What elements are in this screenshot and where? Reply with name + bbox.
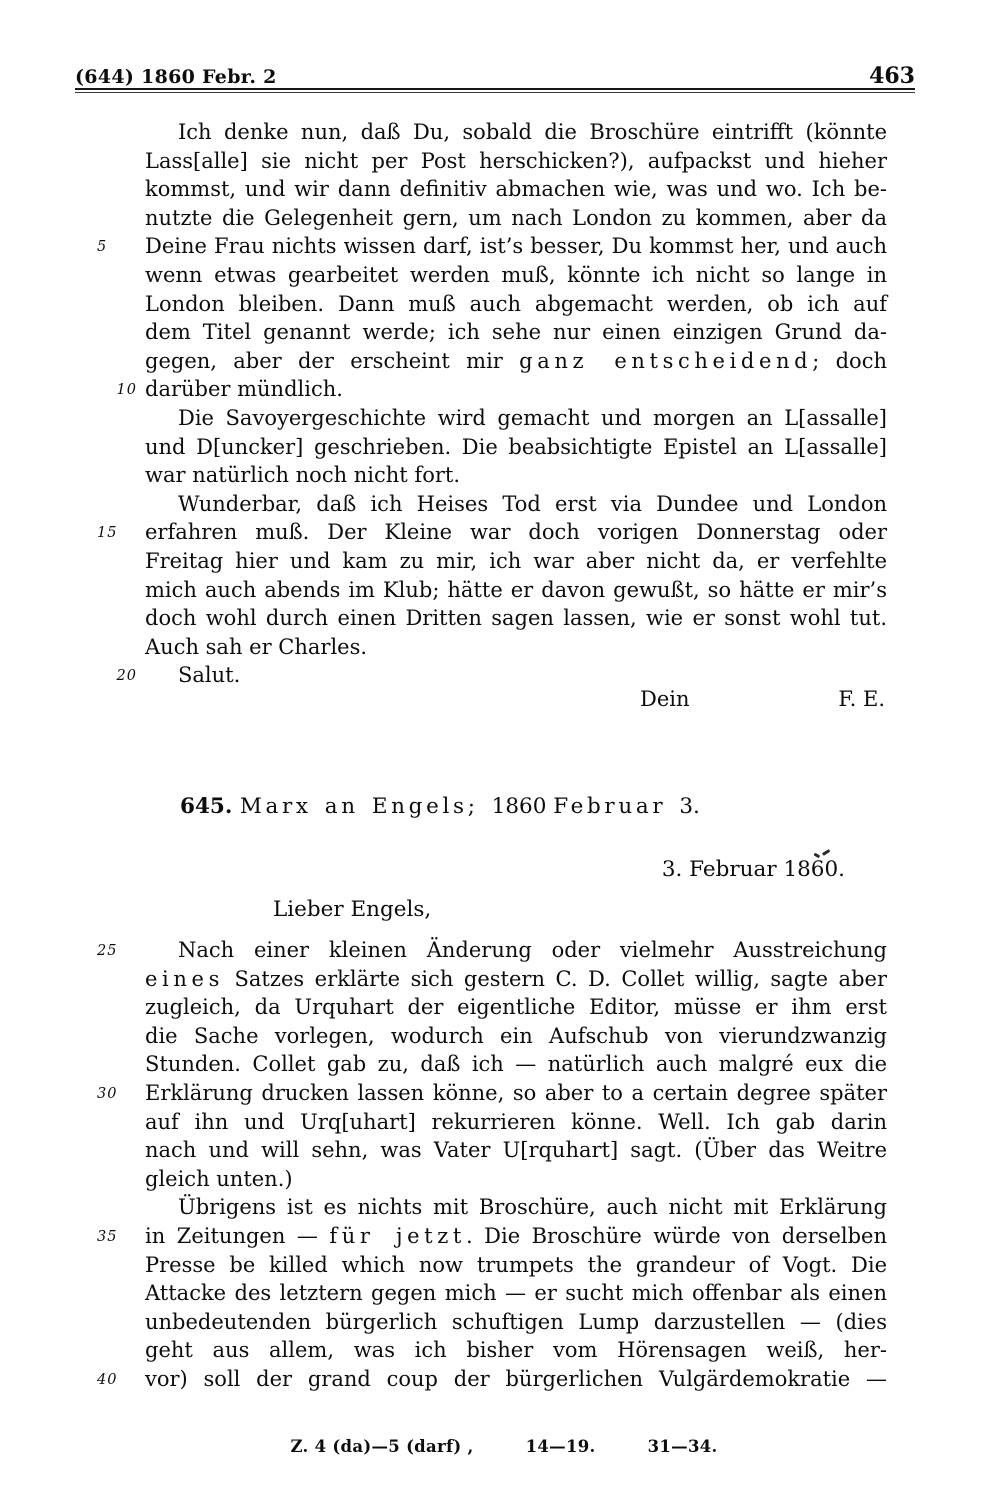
text-line: eines Satzes erklärte sich gestern C. D.… bbox=[145, 965, 887, 994]
text-segment: nach und will sehn, was Vater U[rquhart]… bbox=[145, 1138, 887, 1162]
text-line: mich auch abends im Klub; hätte er davon… bbox=[145, 576, 887, 605]
margin-line-number: 40 bbox=[97, 1366, 137, 1395]
text-segment: geht aus allem, was ich bisher vom Hören… bbox=[145, 1338, 887, 1362]
text-line: 25Nach einer kleinen Änderung oder vielm… bbox=[145, 936, 887, 965]
text-segment: auf ihn und Urq[uhart] rekurrieren könne… bbox=[145, 1110, 887, 1134]
letterspaced-text: eines bbox=[145, 967, 224, 991]
margin-line-number: 25 bbox=[97, 937, 137, 966]
text-segment: gegen, aber der erscheint mir bbox=[145, 349, 519, 373]
text-segment: zugleich, da Urquhart der eigentliche Ed… bbox=[145, 995, 887, 1019]
text-line: 10darüber mündlich. bbox=[145, 375, 887, 404]
salutation: Lieber Engels, bbox=[273, 897, 431, 922]
text-segment: Nach einer kleinen Änderung oder vielmeh… bbox=[178, 938, 887, 962]
text-segment: unbedeutenden bürgerlich schuftigen Lump… bbox=[145, 1310, 887, 1334]
text-line: 40vor) soll der grand coup der bürgerlic… bbox=[145, 1365, 887, 1394]
text-segment: Erklärung drucken lassen könne, so aber … bbox=[145, 1081, 887, 1105]
margin-line-number: 35 bbox=[97, 1223, 137, 1252]
text-segment: nutzte die Gelegenheit gern, um nach Lon… bbox=[145, 206, 887, 230]
text-line: die Sache vorlegen, wodurch ein Aufschub… bbox=[145, 1022, 887, 1051]
letter-date: 3. Februar 1860. bbox=[662, 857, 845, 882]
text-line: Attacke des letztern gegen mich — er suc… bbox=[145, 1279, 887, 1308]
text-segment: . Die Broschüre würde von derselben bbox=[466, 1224, 887, 1248]
text-segment: Deine Frau nichts wissen darf, ist’s bes… bbox=[145, 234, 887, 258]
text-line: Auch sah er Charles. bbox=[145, 633, 887, 662]
text-segment: Auch sah er Charles. bbox=[145, 635, 367, 659]
letterspaced-text: Februar bbox=[553, 794, 679, 819]
text-line: doch wohl durch einen Dritten sagen lass… bbox=[145, 604, 887, 633]
text-segment: Ich denke nun, daß Du, sobald die Brosch… bbox=[178, 120, 887, 144]
text-segment: dem Titel genannt werde; ich sehe nur ei… bbox=[145, 320, 887, 344]
letterspaced-text: für jetzt bbox=[329, 1224, 466, 1248]
scan-artifact bbox=[813, 850, 831, 858]
text-segment: gleich unten.) bbox=[145, 1167, 293, 1191]
text-segment: in Zeitungen — bbox=[145, 1224, 329, 1248]
apparatus-footer: Z. 4 (da)—5 (darf) ,14—19.31—34. bbox=[0, 1437, 1008, 1456]
page-number: 463 bbox=[869, 63, 915, 89]
signature-initials: F. E. bbox=[838, 685, 885, 714]
text-segment: ; doch bbox=[812, 349, 887, 373]
text-segment: mich auch abends im Klub; hätte er davon… bbox=[145, 578, 887, 602]
text-segment: und D[uncker] geschrieben. Die beabsicht… bbox=[145, 435, 887, 459]
text-line: wenn etwas gearbeitet werden muß, könnte… bbox=[145, 261, 887, 290]
text-segment: Stunden. Collet gab zu, daß ich — natürl… bbox=[145, 1052, 887, 1076]
text-segment: London bleiben. Dann muß auch abgemacht … bbox=[145, 292, 887, 316]
margin-line-number: 5 bbox=[97, 233, 137, 262]
text-segment: Übrigens ist es nichts mit Broschüre, au… bbox=[178, 1195, 887, 1219]
text-segment: kommst, und wir dann definitiv abmachen … bbox=[145, 177, 887, 201]
text-segment: doch wohl durch einen Dritten sagen lass… bbox=[145, 606, 887, 630]
text-segment: Attacke des letztern gegen mich — er suc… bbox=[145, 1281, 887, 1305]
text-line: Freitag hier und kam zu mir, ich war abe… bbox=[145, 547, 887, 576]
text-line: geht aus allem, was ich bisher vom Hören… bbox=[145, 1336, 887, 1365]
signature-row: Dein F. E. bbox=[145, 685, 887, 714]
text-segment: die Sache vorlegen, wodurch ein Aufschub… bbox=[145, 1024, 887, 1048]
text-segment: 1860 bbox=[492, 794, 554, 819]
text-line: gleich unten.) bbox=[145, 1165, 887, 1194]
margin-line-number: 10 bbox=[97, 376, 137, 405]
text-segment: 3. bbox=[679, 794, 700, 819]
text-line: 30Erklärung drucken lassen könne, so abe… bbox=[145, 1079, 887, 1108]
letter-644-body: Ich denke nun, daß Du, sobald die Brosch… bbox=[145, 118, 887, 690]
text-segment: 645. bbox=[180, 794, 240, 819]
text-segment: Presse be killed which now trumpets the … bbox=[145, 1253, 887, 1277]
apparatus-entry: 31—34. bbox=[648, 1437, 718, 1456]
letter-645-body: 25Nach einer kleinen Änderung oder vielm… bbox=[145, 936, 887, 1394]
text-line: nach und will sehn, was Vater U[rquhart]… bbox=[145, 1136, 887, 1165]
header-citation: (644) 1860 Febr. 2 bbox=[75, 66, 277, 88]
text-line: Übrigens ist es nichts mit Broschüre, au… bbox=[145, 1193, 887, 1222]
letter-645-heading: 645. Marx an Engels; 1860 Februar 3. bbox=[180, 794, 700, 819]
text-line: Presse be killed which now trumpets the … bbox=[145, 1251, 887, 1280]
text-segment: war natürlich noch nicht fort. bbox=[145, 463, 460, 487]
letter-date-line: 3. Februar 1860. bbox=[145, 857, 845, 882]
text-line: Ich denke nun, daß Du, sobald die Brosch… bbox=[145, 118, 887, 147]
header-rule bbox=[75, 88, 915, 93]
text-segment: Freitag hier und kam zu mir, ich war abe… bbox=[145, 549, 887, 573]
text-line: war natürlich noch nicht fort. bbox=[145, 461, 887, 490]
text-segment: Wunderbar, daß ich Heises Tod erst via D… bbox=[178, 492, 887, 516]
text-line: zugleich, da Urquhart der eigentliche Ed… bbox=[145, 993, 887, 1022]
text-line: unbedeutenden bürgerlich schuftigen Lump… bbox=[145, 1308, 887, 1337]
text-segment: Salut. bbox=[178, 663, 240, 687]
text-segment: darüber mündlich. bbox=[145, 377, 343, 401]
text-segment: erfahren muß. Der Kleine war doch vorige… bbox=[145, 520, 887, 544]
text-line: auf ihn und Urq[uhart] rekurrieren könne… bbox=[145, 1108, 887, 1137]
text-line: Stunden. Collet gab zu, daß ich — natürl… bbox=[145, 1050, 887, 1079]
text-segment: Die Savoyergeschichte wird gemacht und m… bbox=[178, 406, 887, 430]
text-line: nutzte die Gelegenheit gern, um nach Lon… bbox=[145, 204, 887, 233]
margin-line-number: 20 bbox=[97, 662, 137, 691]
text-line: dem Titel genannt werde; ich sehe nur ei… bbox=[145, 318, 887, 347]
text-line: Lass[alle] sie nicht per Post herschicke… bbox=[145, 147, 887, 176]
margin-line-number: 30 bbox=[97, 1080, 137, 1109]
signature-closing: Dein bbox=[640, 685, 690, 714]
running-head: (644) 1860 Febr. 2 463 bbox=[75, 63, 915, 89]
book-page-scan: (644) 1860 Febr. 2 463 Ich denke nun, da… bbox=[0, 0, 1008, 1500]
text-segment: vor) soll der grand coup der bürgerliche… bbox=[145, 1367, 887, 1391]
text-line: und D[uncker] geschrieben. Die beabsicht… bbox=[145, 433, 887, 462]
text-line: 15erfahren muß. Der Kleine war doch vori… bbox=[145, 518, 887, 547]
letterspaced-text: ganz entscheidend bbox=[519, 349, 812, 373]
apparatus-entry: Z. 4 (da)—5 (darf) , bbox=[290, 1437, 473, 1456]
margin-line-number: 15 bbox=[97, 519, 137, 548]
text-line: London bleiben. Dann muß auch abgemacht … bbox=[145, 290, 887, 319]
letterspaced-text: Marx an Engels; bbox=[240, 794, 492, 819]
text-line: kommst, und wir dann definitiv abmachen … bbox=[145, 175, 887, 204]
text-line: gegen, aber der erscheint mir ganz entsc… bbox=[145, 347, 887, 376]
text-line: 5Deine Frau nichts wissen darf, ist’s be… bbox=[145, 232, 887, 261]
text-segment: Lass[alle] sie nicht per Post herschicke… bbox=[145, 149, 887, 173]
text-segment: Satzes erklärte sich gestern C. D. Colle… bbox=[224, 967, 887, 991]
text-line: Wunderbar, daß ich Heises Tod erst via D… bbox=[145, 490, 887, 519]
text-line: Die Savoyergeschichte wird gemacht und m… bbox=[145, 404, 887, 433]
text-line: 35in Zeitungen — für jetzt. Die Broschür… bbox=[145, 1222, 887, 1251]
text-segment: wenn etwas gearbeitet werden muß, könnte… bbox=[145, 263, 887, 287]
apparatus-entry: 14—19. bbox=[526, 1437, 596, 1456]
